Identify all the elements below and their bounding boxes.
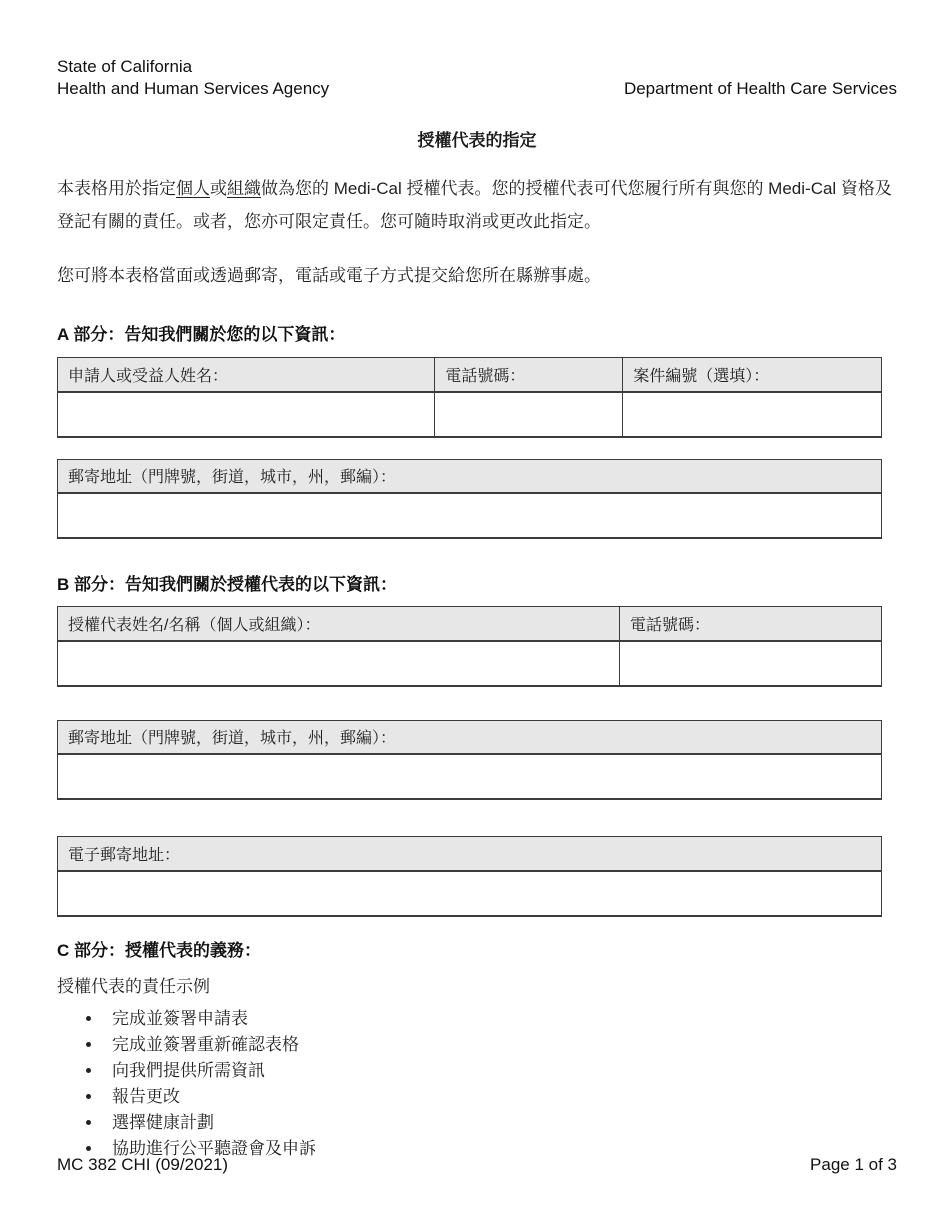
list-item: 完成並簽署申請表 xyxy=(103,1006,897,1032)
case-number-field[interactable] xyxy=(623,392,882,437)
table-input-row xyxy=(58,871,882,916)
agency-line: Health and Human Services Agency xyxy=(57,78,329,100)
email-address-label: 電子郵寄地址： xyxy=(58,837,882,871)
phone-number-label: 電話號碼： xyxy=(435,358,623,392)
agency-block: State of California Health and Human Ser… xyxy=(57,56,329,100)
section-b-email-table: 電子郵寄地址： xyxy=(57,836,882,917)
section-c-subheading: 授權代表的責任示例 xyxy=(57,972,897,997)
representative-name-label: 授權代表姓名/名稱（個人或組織）： xyxy=(58,607,620,641)
applicant-name-field[interactable] xyxy=(58,392,435,437)
intro-p1-or: 或 xyxy=(210,179,227,198)
applicant-name-label: 申請人或受益人姓名： xyxy=(58,358,435,392)
representative-address-label: 郵寄地址（門牌號，街道，城市，州，郵編）： xyxy=(58,720,882,754)
table-header-row: 申請人或受益人姓名： 電話號碼： 案件編號（選填）： xyxy=(58,358,882,392)
table-input-row xyxy=(58,493,882,538)
table-input-row xyxy=(58,754,882,799)
document-footer: MC 382 CHI (09/2021) Page 1 of 3 xyxy=(57,1155,897,1175)
representative-address-field[interactable] xyxy=(58,754,882,799)
underlined-individual: 個人 xyxy=(176,179,210,198)
intro-p1-text: 本表格用於指定 xyxy=(57,179,176,198)
table-header-row: 電子郵寄地址： xyxy=(58,837,882,871)
state-line: State of California xyxy=(57,56,329,78)
section-a-table: 申請人或受益人姓名： 電話號碼： 案件編號（選填）： xyxy=(57,357,882,438)
form-title: 授權代表的指定 xyxy=(57,126,897,151)
intro-paragraph-2: 您可將本表格當面或透過郵寄，電話或電子方式提交給您所在縣辦事處。 xyxy=(57,265,897,287)
table-input-row xyxy=(58,641,882,686)
applicant-address-field[interactable] xyxy=(58,493,882,538)
department-line: Department of Health Care Services xyxy=(624,78,897,100)
case-number-label: 案件編號（選填）： xyxy=(623,358,882,392)
duties-list: 完成並簽署申請表 完成並簽署重新確認表格 向我們提供所需資訊 報告更改 選擇健康… xyxy=(57,1006,897,1162)
form-number: MC 382 CHI (09/2021) xyxy=(57,1155,228,1175)
representative-name-field[interactable] xyxy=(58,641,620,686)
section-a-heading: A 部分：告知我們關於您的以下資訊： xyxy=(57,320,897,345)
document-header: State of California Health and Human Ser… xyxy=(57,56,897,100)
section-b-heading: B 部分：告知我們關於授權代表的以下資訊： xyxy=(57,570,897,595)
section-a-address-table: 郵寄地址（門牌號，街道，城市，州，郵編）： xyxy=(57,459,882,540)
section-b-address-table: 郵寄地址（門牌號，街道，城市，州，郵編）： xyxy=(57,720,882,801)
list-item: 完成並簽署重新確認表格 xyxy=(103,1032,897,1058)
list-item: 選擇健康計劃 xyxy=(103,1110,897,1136)
table-header-row: 郵寄地址（門牌號，街道，城市，州，郵編）： xyxy=(58,459,882,493)
list-item: 向我們提供所需資訊 xyxy=(103,1058,897,1084)
email-address-field[interactable] xyxy=(58,871,882,916)
table-header-row: 郵寄地址（門牌號，街道，城市，州，郵編）： xyxy=(58,720,882,754)
underlined-organization: 組織 xyxy=(227,179,261,198)
representative-phone-field[interactable] xyxy=(619,641,881,686)
representative-phone-label: 電話號碼： xyxy=(619,607,881,641)
intro-paragraph-1: 本表格用於指定個人或組織做為您的 Medi-Cal 授權代表。您的授權代表可代您… xyxy=(57,172,897,238)
section-c-heading: C 部分：授權代表的義務： xyxy=(57,936,897,961)
applicant-address-label: 郵寄地址（門牌號，街道，城市，州，郵編）： xyxy=(58,459,882,493)
section-b-table: 授權代表姓名/名稱（個人或組織）： 電話號碼： xyxy=(57,606,882,687)
table-header-row: 授權代表姓名/名稱（個人或組織）： 電話號碼： xyxy=(58,607,882,641)
applicant-phone-field[interactable] xyxy=(435,392,623,437)
document-page: State of California Health and Human Ser… xyxy=(0,0,950,1230)
page-number: Page 1 of 3 xyxy=(810,1155,897,1175)
table-input-row xyxy=(58,392,882,437)
list-item: 報告更改 xyxy=(103,1084,897,1110)
